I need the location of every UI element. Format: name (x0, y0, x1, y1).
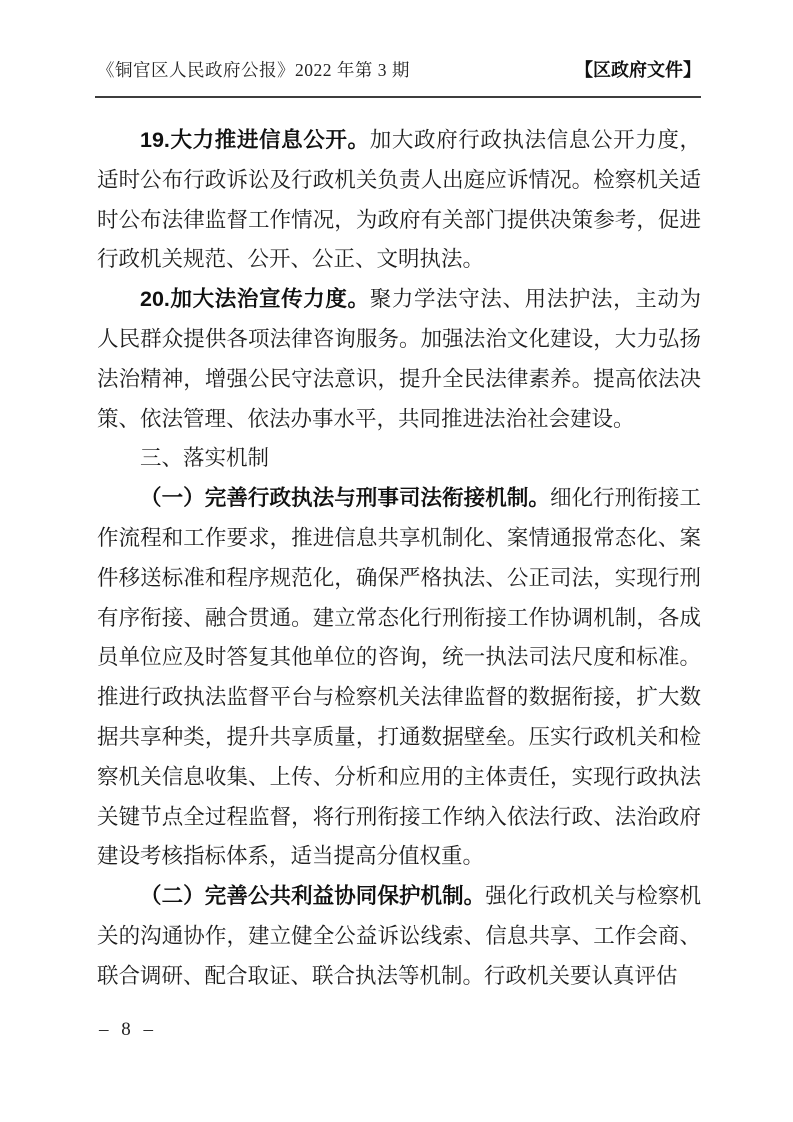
paragraph-lead: （二）完善公共利益协同保护机制。 (140, 884, 485, 908)
section-heading: 三、落实机制 (97, 439, 701, 479)
document-body: 19.大力推进信息公开。加大政府行政执法信息公开力度，适时公布行政诉讼及行政机关… (97, 121, 701, 997)
paragraph: （一）完善行政执法与刑事司法衔接机制。细化行刑衔接工作流程和工作要求，推进信息共… (97, 479, 701, 877)
document-page: 《铜官区人民政府公报》2022 年第 3 期 【区政府文件】 19.大力推进信息… (0, 0, 793, 1122)
page-number: – 8 – (99, 1019, 157, 1041)
page-header: 《铜官区人民政府公报》2022 年第 3 期 【区政府文件】 (97, 56, 701, 82)
paragraph-lead: 19.大力推进信息公开。 (140, 128, 370, 152)
paragraph: 20.加大法治宣传力度。聚力学法守法、用法护法，主动为人民群众提供各项法律咨询服… (97, 280, 701, 439)
paragraph-lead: 20.加大法治宣传力度。 (140, 287, 370, 311)
paragraph: （二）完善公共利益协同保护机制。强化行政机关与检察机关的沟通协作，建立健全公益诉… (97, 877, 701, 996)
paragraph-lead: （一）完善行政执法与刑事司法衔接机制。 (140, 486, 550, 510)
header-divider (95, 96, 701, 98)
paragraph: 19.大力推进信息公开。加大政府行政执法信息公开力度，适时公布行政诉讼及行政机关… (97, 121, 701, 280)
gazette-title: 《铜官区人民政府公报》2022 年第 3 期 (97, 57, 410, 82)
section-tag: 【区政府文件】 (575, 56, 701, 82)
